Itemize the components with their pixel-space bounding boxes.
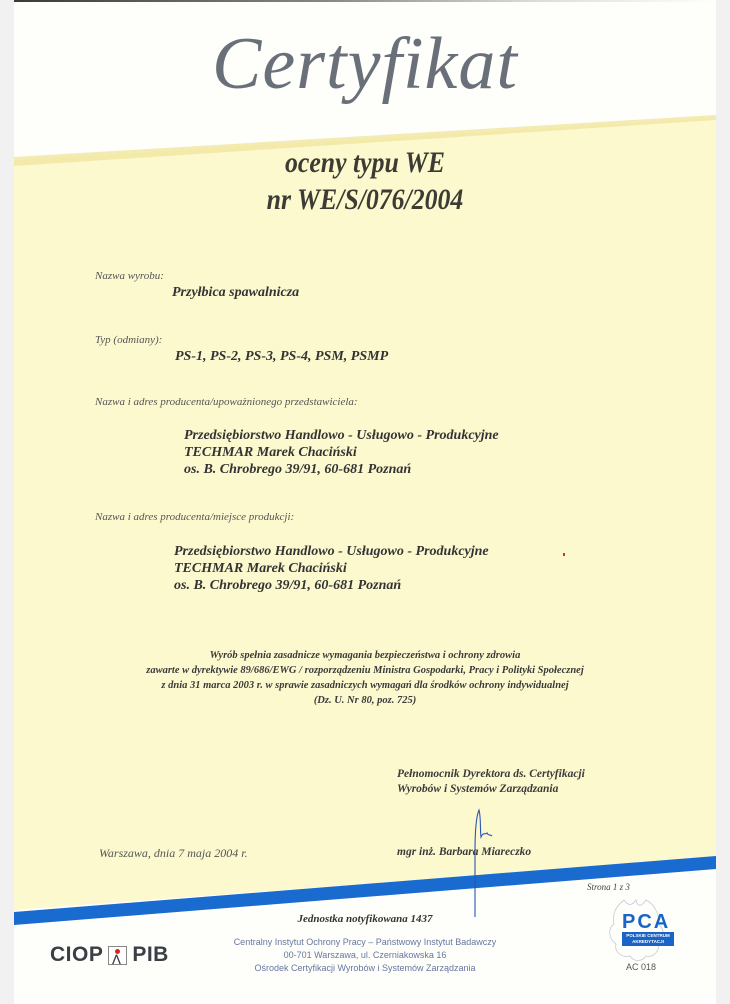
- pca-letters: PCA: [622, 912, 674, 932]
- document-subtitle: oceny typu WE: [63, 146, 667, 180]
- representative-line3: os. B. Chrobrego 39/91, 60-681 Poznań: [184, 461, 499, 478]
- production-line1: Przedsiębiorstwo Handlowo - Usługowo - P…: [174, 543, 489, 560]
- top-rule: [14, 0, 716, 2]
- product-name-label: Nazwa wyrobu:: [95, 270, 164, 282]
- representative-line1: Przedsiębiorstwo Handlowo - Usługowo - P…: [184, 427, 499, 444]
- signer-name: mgr inż. Barbara Miareczko: [397, 846, 531, 858]
- representative-address: Przedsiębiorstwo Handlowo - Usługowo - P…: [184, 427, 499, 478]
- production-address: Przedsiębiorstwo Handlowo - Usługowo - P…: [174, 543, 489, 594]
- compliance-line3: z dnia 31 marca 2003 r. w sprawie zasadn…: [14, 678, 716, 693]
- signatory-title-line1: Pełnomocnik Dyrektora ds. Certyfikacji: [397, 767, 585, 782]
- type-label: Typ (odmiany):: [95, 334, 162, 346]
- document-title: Certyfikat: [14, 22, 716, 107]
- ciop-person-icon: ⋀: [108, 946, 127, 965]
- compliance-line1: Wyrób spełnia zasadnicze wymagania bezpi…: [14, 648, 716, 663]
- production-label: Nazwa i adres producenta/miejsce produkc…: [95, 511, 294, 523]
- pca-logo: PCA POLSKIE CENTRUM AKREDYTACJI: [622, 912, 674, 946]
- pca-box-line2: AKREDYTACJI: [622, 939, 674, 945]
- representative-label: Nazwa i adres producenta/upoważnionego p…: [95, 396, 358, 408]
- production-line3: os. B. Chrobrego 39/91, 60-681 Poznań: [174, 577, 489, 594]
- ciop-text: CIOP: [50, 943, 103, 967]
- certificate-page: Certyfikat oceny typu WE nr WE/S/076/200…: [14, 0, 716, 1004]
- production-line2: TECHMAR Marek Chaciński: [174, 560, 489, 577]
- place-and-date: Warszawa, dnia 7 maja 2004 r.: [99, 846, 248, 861]
- pca-box: POLSKIE CENTRUM AKREDYTACJI: [622, 932, 674, 946]
- product-name: Przyłbica spawalnicza: [172, 284, 299, 301]
- accreditation-code: AC 018: [626, 962, 656, 972]
- ciop-pib-logo: CIOP ⋀ PIB: [50, 943, 169, 967]
- certificate-number: nr WE/S/076/2004: [63, 183, 667, 217]
- compliance-statement: Wyrób spełnia zasadnicze wymagania bezpi…: [14, 648, 716, 708]
- product-types: PS-1, PS-2, PS-3, PS-4, PSM, PSMP: [175, 348, 388, 365]
- ink-mark: [563, 553, 565, 556]
- compliance-line4: (Dz. U. Nr 80, poz. 725): [14, 693, 716, 708]
- pib-text: PIB: [132, 943, 169, 967]
- compliance-line2: zawarte w dyrektywie 89/686/EWG / rozpor…: [14, 663, 716, 678]
- pca-accreditation-mark: PCA POLSKIE CENTRUM AKREDYTACJI AC 018: [594, 892, 694, 992]
- page-number: Strona 1 z 3: [587, 882, 630, 892]
- representative-line2: TECHMAR Marek Chaciński: [184, 444, 499, 461]
